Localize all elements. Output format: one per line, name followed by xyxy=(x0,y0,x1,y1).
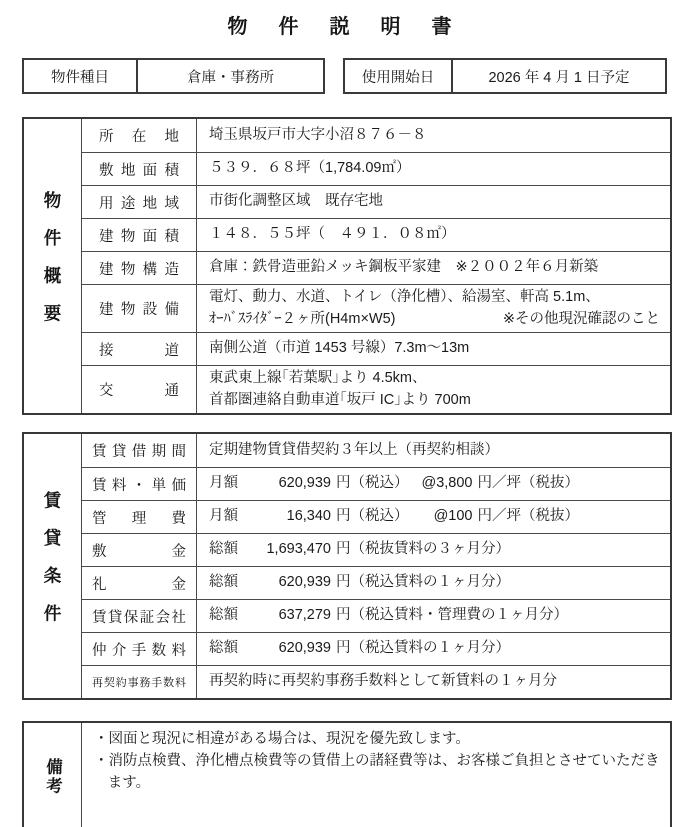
guarantee-amount: 637,279 xyxy=(249,605,331,627)
row-value: 市街化調整区域 既存宅地 xyxy=(197,186,670,218)
lease-terms-table: 賃貸条件 賃貸借期間 定期建物賃貸借契約３年以上（再契約相談） 賃料・単価 月額… xyxy=(22,432,672,700)
row-value: 総額1,693,470円（税抜賃料の３ヶ月分） xyxy=(197,534,670,566)
fee-unit-amount: @100 xyxy=(409,506,473,528)
row-label: 敷地面積 xyxy=(82,153,197,185)
transport-line2: 首都圏連絡自動車道｢坂戸 IC｣より 700m xyxy=(209,390,670,412)
row-label: 礼金 xyxy=(82,567,197,599)
facilities-line2-note: ※その他現況確認のこと xyxy=(503,309,660,331)
guarantee-suffix: 円（税込賃料・管理費の１ヶ月分） xyxy=(336,607,568,623)
row-value: 月額16,340円（税込）@100円／坪（税抜） xyxy=(197,501,670,533)
rent-prefix: 月額 xyxy=(209,473,249,495)
row-value: 南側公道（市道 1453 号線）7.3m～13m xyxy=(197,333,670,365)
table-row-key-money: 礼金 総額620,939円（税込賃料の１ヶ月分） xyxy=(82,566,670,599)
table-row-land-area: 敷地面積 ５３９．６８坪（1,784.09㎡） xyxy=(82,152,670,185)
deposit-amount: 1,693,470 xyxy=(249,539,331,561)
fee-amount: 16,340 xyxy=(249,506,331,528)
document-title: 物件説明書 xyxy=(22,10,672,39)
table-row-brokerage-fee: 仲介手数料 総額620,939円（税込賃料の１ヶ月分） xyxy=(82,632,670,665)
start-date-label: 使用開始日 xyxy=(345,60,453,92)
start-date-table: 使用開始日 2026 年 4 月 1 日予定 xyxy=(343,58,667,94)
keymoney-prefix: 総額 xyxy=(209,572,249,594)
row-value: 埼玉県坂戸市大字小沼８７６－８ xyxy=(197,119,670,152)
table-row-lease-period: 賃貸借期間 定期建物賃貸借契約３年以上（再契約相談） xyxy=(82,434,670,467)
overview-section-header: 物件概要 xyxy=(24,119,82,413)
rent-unit-suffix: 円／坪（税抜） xyxy=(478,475,580,491)
facilities-line2: ｵｰﾊﾞｽﾗｲﾀﾞｰ２ヶ所(H4m×W5) ※その他現況確認のこと xyxy=(209,309,670,331)
deposit-prefix: 総額 xyxy=(209,539,249,561)
transport-line1: 東武東上線｢若葉駅｣より 4.5km、 xyxy=(209,368,670,390)
remarks-table: 備考 ・図面と現況に相違がある場合は、現況を優先致します。 ・消防点検費、浄化槽… xyxy=(22,721,672,827)
table-row-zoning: 用途地域 市街化調整区域 既存宅地 xyxy=(82,185,670,218)
property-type-label: 物件種目 xyxy=(24,60,138,92)
remarks-content: ・図面と現況に相違がある場合は、現況を優先致します。 ・消防点検費、浄化槽点検費… xyxy=(82,723,670,827)
guarantee-prefix: 総額 xyxy=(209,605,249,627)
row-value: 総額620,939円（税込賃料の１ヶ月分） xyxy=(197,633,670,665)
property-type-table: 物件種目 倉庫・事務所 xyxy=(22,58,325,94)
table-row-renewal-fee: 再契約事務手数料 再契約時に再契約事務手数料として新賃料の１ヶ月分 xyxy=(82,665,670,698)
property-type-value: 倉庫・事務所 xyxy=(138,60,323,92)
row-label: 建物面積 xyxy=(82,219,197,251)
row-label: 交通 xyxy=(82,366,197,413)
row-value: 月額620,939円（税込）@3,800円／坪（税抜） xyxy=(197,468,670,500)
row-label: 敷金 xyxy=(82,534,197,566)
row-value: ５３９．６８坪（1,784.09㎡） xyxy=(197,153,670,185)
keymoney-amount: 620,939 xyxy=(249,572,331,594)
row-label: 建物構造 xyxy=(82,252,197,284)
start-date-value: 2026 年 4 月 1 日予定 xyxy=(453,60,665,92)
table-row-transport: 交通 東武東上線｢若葉駅｣より 4.5km、 首都圏連絡自動車道｢坂戸 IC｣よ… xyxy=(82,365,670,413)
keymoney-suffix: 円（税込賃料の１ヶ月分） xyxy=(336,574,510,590)
overview-rows: 所在地 埼玉県坂戸市大字小沼８７６－８ 敷地面積 ５３９．６８坪（1,784.0… xyxy=(82,119,670,413)
row-label: 再契約事務手数料 xyxy=(82,666,197,698)
table-row-location: 所在地 埼玉県坂戸市大字小沼８７６－８ xyxy=(82,119,670,152)
brokerage-prefix: 総額 xyxy=(209,638,249,660)
fee-prefix: 月額 xyxy=(209,506,249,528)
row-value: 再契約時に再契約事務手数料として新賃料の１ヶ月分 xyxy=(197,666,670,698)
facilities-line2-left: ｵｰﾊﾞｽﾗｲﾀﾞｰ２ヶ所(H4m×W5) xyxy=(209,309,396,331)
remarks-line: ・消防点検費、浄化槽点検費等の賃借上の諸経費等は、お客様ご負担とさせていただきま… xyxy=(94,751,660,795)
row-label: 接道 xyxy=(82,333,197,365)
table-row-rent: 賃料・単価 月額620,939円（税込）@3,800円／坪（税抜） xyxy=(82,467,670,500)
table-row-management-fee: 管理費 月額16,340円（税込）@100円／坪（税抜） xyxy=(82,500,670,533)
overview-table: 物件概要 所在地 埼玉県坂戸市大字小沼８７６－８ 敷地面積 ５３９．６８坪（1,… xyxy=(22,117,672,415)
table-row-deposit: 敷金 総額1,693,470円（税抜賃料の３ヶ月分） xyxy=(82,533,670,566)
rent-amount: 620,939 xyxy=(249,473,331,495)
row-label: 賃貸保証会社 xyxy=(82,600,197,632)
table-row-facilities: 建物設備 電灯、動力、水道、トイレ（浄化槽）、給湯室、軒高 5.1m、 ｵｰﾊﾞ… xyxy=(82,284,670,332)
row-value: 電灯、動力、水道、トイレ（浄化槽）、給湯室、軒高 5.1m、 ｵｰﾊﾞｽﾗｲﾀﾞ… xyxy=(197,285,670,332)
deposit-suffix: 円（税抜賃料の３ヶ月分） xyxy=(336,541,510,557)
row-value: 倉庫：鉄骨造亜鉛メッキ鋼板平家建 ※２００２年６月新築 xyxy=(197,252,670,284)
row-label: 仲介手数料 xyxy=(82,633,197,665)
rent-unit-amount: @3,800 xyxy=(409,473,473,495)
row-label: 建物設備 xyxy=(82,285,197,332)
remarks-line: ・図面と現況に相違がある場合は、現況を優先致します。 xyxy=(94,729,660,751)
row-value: 東武東上線｢若葉駅｣より 4.5km、 首都圏連絡自動車道｢坂戸 IC｣より 7… xyxy=(197,366,670,413)
row-value: 総額620,939円（税込賃料の１ヶ月分） xyxy=(197,567,670,599)
row-label: 賃料・単価 xyxy=(82,468,197,500)
brokerage-amount: 620,939 xyxy=(249,638,331,660)
row-label: 管理費 xyxy=(82,501,197,533)
lease-section-header: 賃貸条件 xyxy=(24,434,82,698)
table-row-building-area: 建物面積 １４８．５５坪（ ４９１．０８㎡） xyxy=(82,218,670,251)
row-value: 定期建物賃貸借契約３年以上（再契約相談） xyxy=(197,434,670,467)
table-row-road: 接道 南側公道（市道 1453 号線）7.3m～13m xyxy=(82,332,670,365)
remarks-section-header: 備考 xyxy=(24,723,82,827)
row-label: 用途地域 xyxy=(82,186,197,218)
facilities-line1: 電灯、動力、水道、トイレ（浄化槽）、給湯室、軒高 5.1m、 xyxy=(209,287,670,309)
table-row-guarantee-company: 賃貸保証会社 総額637,279円（税込賃料・管理費の１ヶ月分） xyxy=(82,599,670,632)
property-description-document: 物件説明書 物件種目 倉庫・事務所 使用開始日 2026 年 4 月 1 日予定… xyxy=(0,0,686,827)
row-value: １４８．５５坪（ ４９１．０８㎡） xyxy=(197,219,670,251)
lease-rows: 賃貸借期間 定期建物賃貸借契約３年以上（再契約相談） 賃料・単価 月額620,9… xyxy=(82,434,670,698)
row-label: 所在地 xyxy=(82,119,197,152)
header-row: 物件種目 倉庫・事務所 使用開始日 2026 年 4 月 1 日予定 xyxy=(22,58,672,94)
rent-suffix: 円（税込） xyxy=(336,475,409,491)
brokerage-suffix: 円（税込賃料の１ヶ月分） xyxy=(336,640,510,656)
row-value: 総額637,279円（税込賃料・管理費の１ヶ月分） xyxy=(197,600,670,632)
fee-unit-suffix: 円／坪（税抜） xyxy=(478,508,580,524)
table-row-structure: 建物構造 倉庫：鉄骨造亜鉛メッキ鋼板平家建 ※２００２年６月新築 xyxy=(82,251,670,284)
row-label: 賃貸借期間 xyxy=(82,434,197,467)
fee-suffix: 円（税込） xyxy=(336,508,409,524)
